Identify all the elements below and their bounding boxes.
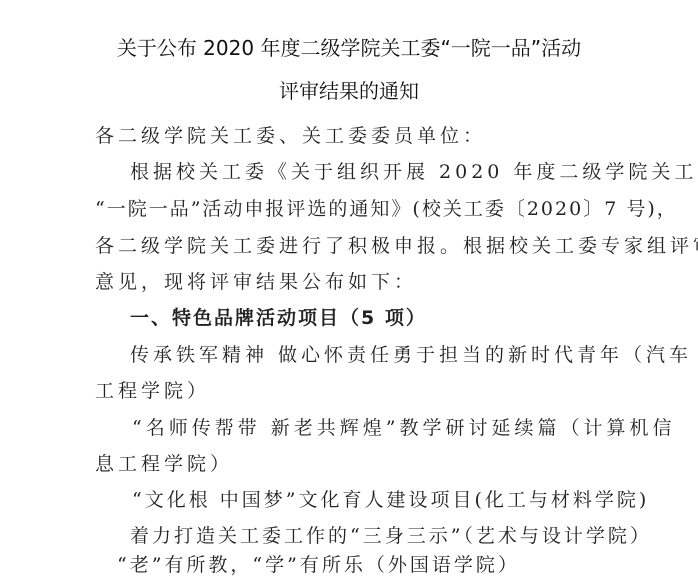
salutation: 各二级学院关工委、关工委委员单位： [95, 121, 486, 148]
list-item-1-line-1: 传承铁军精神 做心怀责任勇于担当的新时代青年（汽车 [130, 340, 692, 367]
body-line-1: 根据校关工委《关于组织开展 2020 年度二级学院关工委 [130, 157, 698, 184]
list-item-2-line-2: 息工程学院） [95, 449, 233, 476]
body-line-3: 各二级学院关工委进行了积极申报。根据校关工委专家组评审 [95, 231, 698, 258]
body-line-4: 意见，现将评审结果公布如下： [95, 267, 417, 294]
list-item-4: 着力打造关工委工作的“三身三示”（艺术与设计学院） [130, 521, 652, 548]
body-line-2: “一院一品”活动申报评选的通知》(校关工委〔2020〕7 号)， [95, 194, 678, 221]
document-title-line-1: 关于公布 2020 年度二级学院关工委“一院一品”活动 [0, 32, 698, 61]
list-item-1-line-2: 工程学院） [95, 376, 210, 403]
document-title-line-2: 评审结果的通知 [0, 75, 698, 104]
list-item-3: “文化根 中国梦”文化育人建设项目(化工与材料学院) [132, 485, 649, 512]
section-heading: 一、特色品牌活动项目（5 项） [130, 303, 427, 330]
list-item-2-line-1: “名师传帮带 新老共辉煌”教学研讨延续篇（计算机信 [132, 413, 675, 440]
list-item-5: “老”有所教，“学”有所乐（外国语学院） [117, 550, 520, 577]
